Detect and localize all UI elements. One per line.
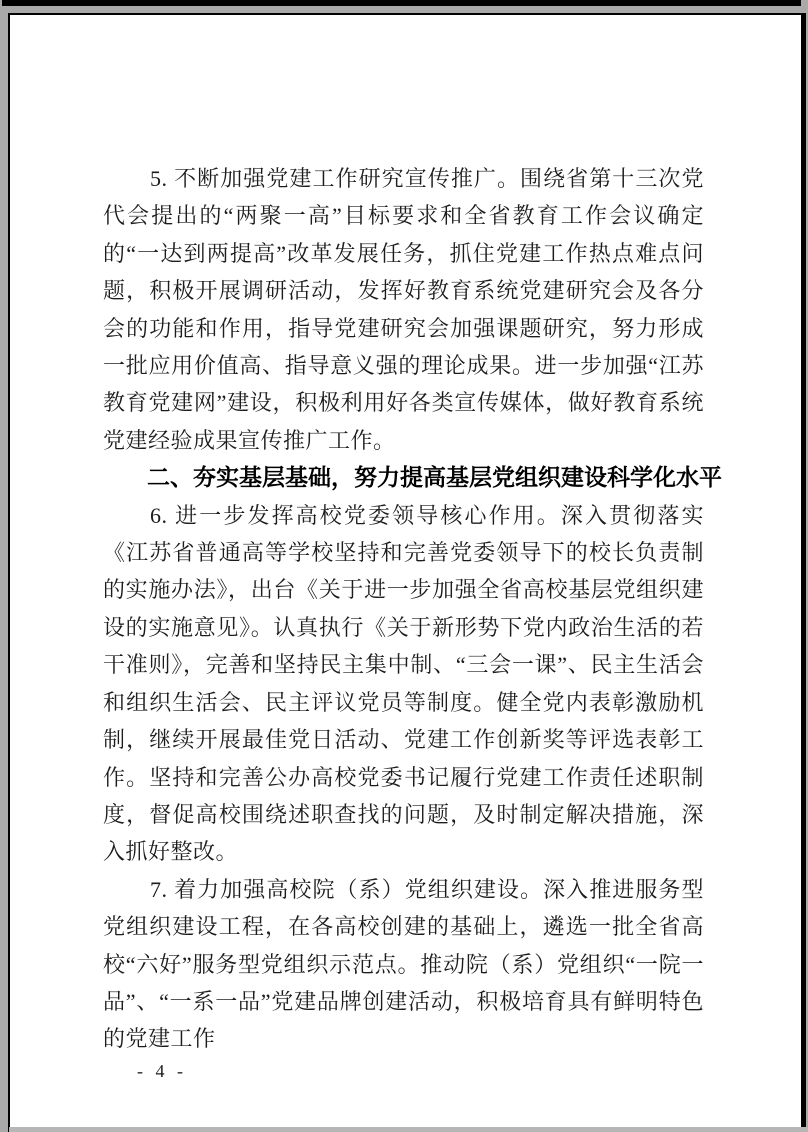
document-page: 5. 不断加强党建工作研究宣传推广。围绕省第十三次党代会提出的“两聚一高”目标要… [8, 13, 806, 1132]
section-heading: 二、夯实基层基础，努力提高基层党组织建设科学化水平 [103, 459, 704, 496]
paragraph-item-5: 5. 不断加强党建工作研究宣传推广。围绕省第十三次党代会提出的“两聚一高”目标要… [103, 160, 704, 459]
scan-edge-top [2, 0, 801, 6]
scan-edge-bottom [9, 1127, 808, 1132]
document-viewer: 5. 不断加强党建工作研究宣传推广。围绕省第十三次党代会提出的“两聚一高”目标要… [0, 0, 808, 1132]
paragraph-item-6: 6. 进一步发挥高校党委领导核心作用。深入贯彻落实《江苏省普通高等学校坚持和完善… [103, 497, 704, 871]
page-content: 5. 不断加强党建工作研究宣传推广。围绕省第十三次党代会提出的“两聚一高”目标要… [10, 15, 801, 1058]
page-number: - 4 - [137, 1061, 187, 1082]
paragraph-item-7: 7. 着力加强高校院（系）党组织建设。深入推进服务型党组织建设工程，在各高校创建… [103, 871, 704, 1058]
